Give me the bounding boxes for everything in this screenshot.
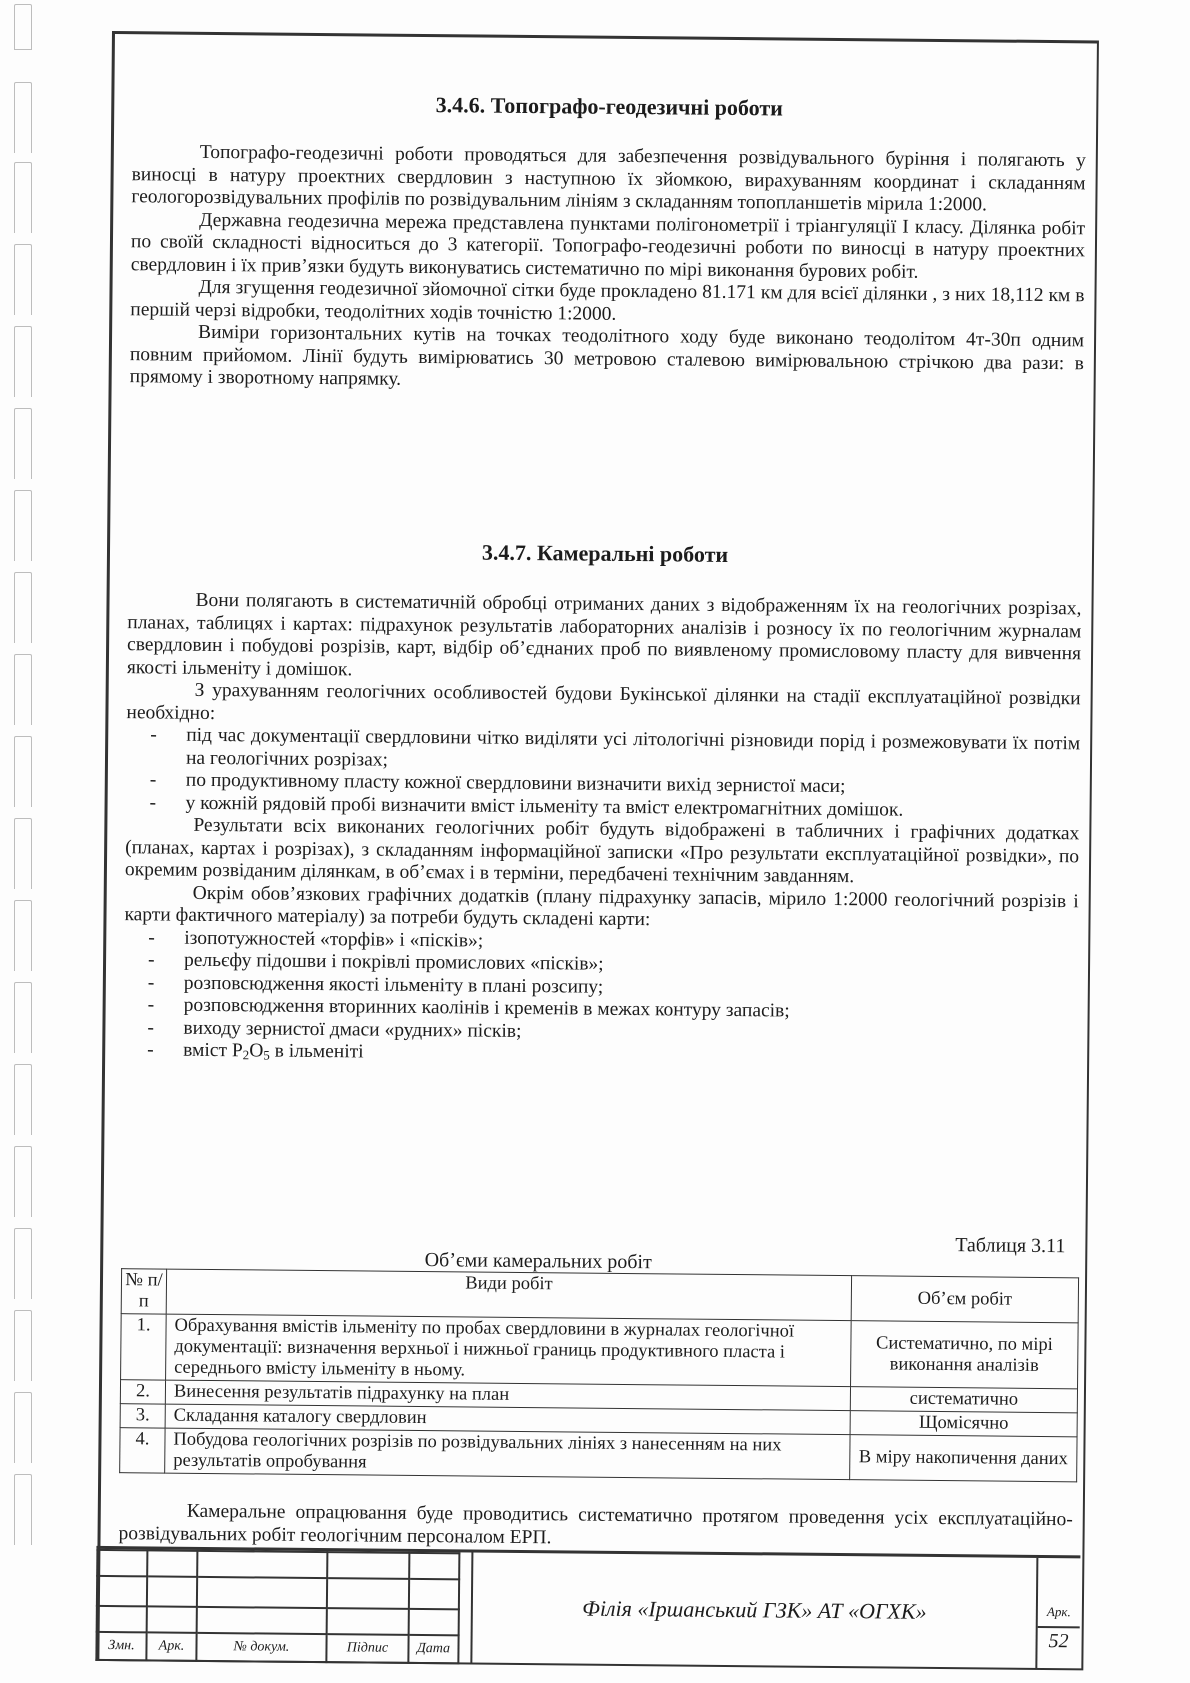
binding-mark (14, 82, 32, 153)
paragraph: Вони полягають в систематичній обробці о… (127, 589, 1082, 688)
binding-holes (8, 0, 48, 1683)
binding-mark (14, 408, 32, 479)
page-frame: 3.4.6. Топографо-геодезичні роботи Топог… (96, 31, 1099, 1670)
page-content: 3.4.6. Топографо-геодезичні роботи Топог… (133, 34, 1087, 43)
paragraph: Державна геодезична мережа представлена … (131, 209, 1086, 286)
binding-mark (14, 244, 32, 315)
paragraph: Топографо-геодезичні роботи проводяться … (131, 141, 1086, 218)
binding-mark (14, 1474, 32, 1545)
binding-mark (14, 654, 32, 725)
paragraph: Виміри горизонтальних кутів на точках те… (130, 321, 1085, 398)
section-heading-346: 3.4.6. Топографо-геодезичні роботи (132, 89, 1086, 124)
binding-mark (14, 326, 32, 397)
header-volume: Об’єм робіт (851, 1276, 1078, 1323)
closing-paragraph: Камеральне опрацювання буде проводитись … (118, 1500, 1072, 1554)
requirements-list: -під час документації свердловини чітко … (125, 724, 1080, 823)
maps-list: -ізопотужностей «торфів» і «пісків»; -ре… (123, 927, 1078, 1075)
binding-mark (14, 4, 32, 50)
title-block: Змн. Арк. № докум. Підпис Дата Філія «Ір… (95, 1546, 1080, 1668)
col-label: Дата (408, 1635, 458, 1663)
binding-mark (14, 490, 32, 561)
header-type: Види робіт (166, 1269, 851, 1321)
section-347-body: Вони полягають в систематичній обробці о… (123, 589, 1082, 1075)
table-row: 4. Побудова геологічних розрізів по розв… (120, 1428, 1077, 1482)
binding-mark (14, 1064, 32, 1135)
col-label: № докум. (196, 1633, 326, 1662)
paragraph: Результати всіх виконаних геологічних ро… (125, 814, 1080, 891)
revision-grid: Змн. Арк. № докум. Підпис Дата (95, 1549, 460, 1664)
binding-mark (14, 736, 32, 807)
section-heading-347: 3.4.7. Камеральні роботи (128, 536, 1082, 571)
binding-mark (14, 900, 32, 971)
binding-mark (14, 1392, 32, 1463)
binding-mark (14, 572, 32, 643)
table-row: 1. Обрахування вмістів ільменіту по проб… (121, 1314, 1079, 1389)
col-label: Підпис (326, 1634, 408, 1663)
col-label: Змн. (96, 1632, 146, 1660)
binding-mark (14, 1310, 32, 1381)
header-num: № п/п (121, 1269, 166, 1314)
page-number: 52 (1037, 1630, 1079, 1653)
sheet-cell: Арк. 52 (1035, 1558, 1080, 1668)
section-346-body: Топографо-геодезичні роботи проводяться … (130, 141, 1086, 398)
works-table: № п/п Види робіт Об’єм робіт 1. Обрахува… (119, 1268, 1079, 1482)
sheet-label: Арк. (1038, 1604, 1080, 1628)
binding-mark (14, 162, 32, 233)
organization-name: Філія «Іршанський ГЗК» АТ «ОГХК» (470, 1553, 1036, 1668)
binding-mark (14, 1146, 32, 1217)
binding-mark (14, 818, 32, 889)
binding-mark (14, 982, 32, 1053)
col-label: Арк. (146, 1632, 196, 1660)
